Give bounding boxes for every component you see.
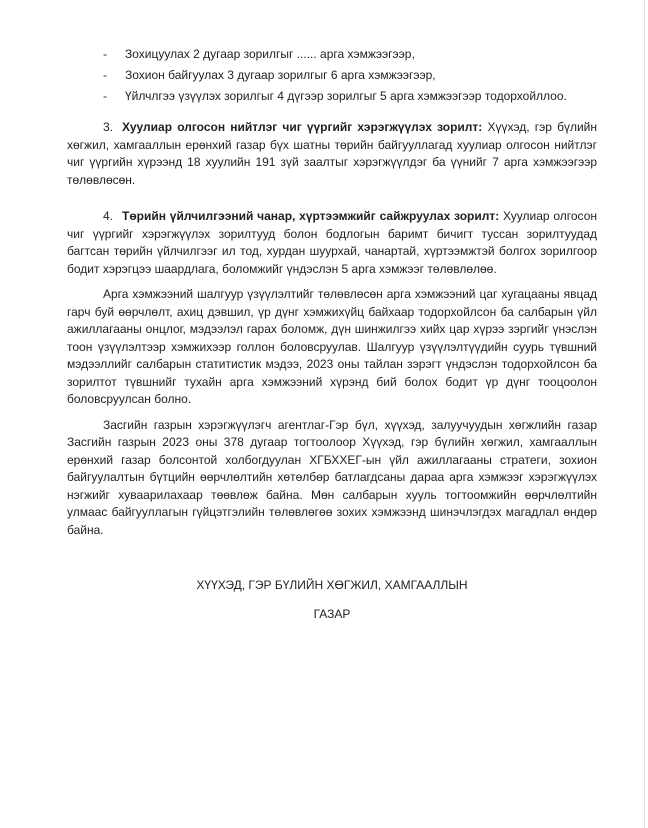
footer-organization-name-line1: ХҮҮХЭД, ГЭР БҮЛИЙН ХӨГЖИЛ, ХАМГААЛЛЫН xyxy=(67,577,597,595)
document-footer: ХҮҮХЭД, ГЭР БҮЛИЙН ХӨГЖИЛ, ХАМГААЛЛЫН ГА… xyxy=(67,577,597,623)
paragraph-lead-bold: Төрийн үйлчилгээний чанар, хүртээмжийг с… xyxy=(122,209,499,223)
bullet-dash: - xyxy=(103,65,125,86)
paragraph-number: 3. xyxy=(103,120,113,134)
page-edge-divider xyxy=(644,0,645,828)
bullet-text: Үйлчлгээ үзүүлэх зорилгыг 4 дүгээр зорил… xyxy=(125,89,567,103)
bullet-dash: - xyxy=(103,44,125,65)
list-item: -Үйлчлгээ үзүүлэх зорилгыг 4 дүгээр зори… xyxy=(103,86,597,107)
bullet-text: Зохицуулах 2 дугаар зорилгыг ...... арга… xyxy=(125,47,415,61)
numbered-paragraph-4: 4.Төрийн үйлчилгээний чанар, хүртээмжийг… xyxy=(67,208,597,278)
bullet-text: Зохион байгуулах 3 дугаар зорилгыг 6 арг… xyxy=(125,68,436,82)
numbered-paragraph-3: 3.Хуулиар олгосон нийтлэг чиг үүргийг хэ… xyxy=(67,119,597,189)
body-paragraph: Арга хэмжээний шалгуур үзүүлэлтийг төлөв… xyxy=(67,286,597,409)
document-content: -Зохицуулах 2 дугаар зорилгыг ...... арг… xyxy=(0,0,648,623)
bullet-dash: - xyxy=(103,86,125,107)
footer-organization-name-line2: ГАЗАР xyxy=(67,606,597,624)
paragraph-number: 4. xyxy=(103,209,113,223)
document-page: -Зохицуулах 2 дугаар зорилгыг ...... арг… xyxy=(0,0,648,828)
list-item: -Зохицуулах 2 дугаар зорилгыг ...... арг… xyxy=(103,44,597,65)
bullet-list: -Зохицуулах 2 дугаар зорилгыг ...... арг… xyxy=(67,44,597,107)
paragraph-lead-bold: Хуулиар олгосон нийтлэг чиг үүргийг хэрэ… xyxy=(122,120,482,134)
list-item: -Зохион байгуулах 3 дугаар зорилгыг 6 ар… xyxy=(103,65,597,86)
body-paragraph: Засгийн газрын хэрэгжүүлэгч агентлаг-Гэр… xyxy=(67,417,597,540)
